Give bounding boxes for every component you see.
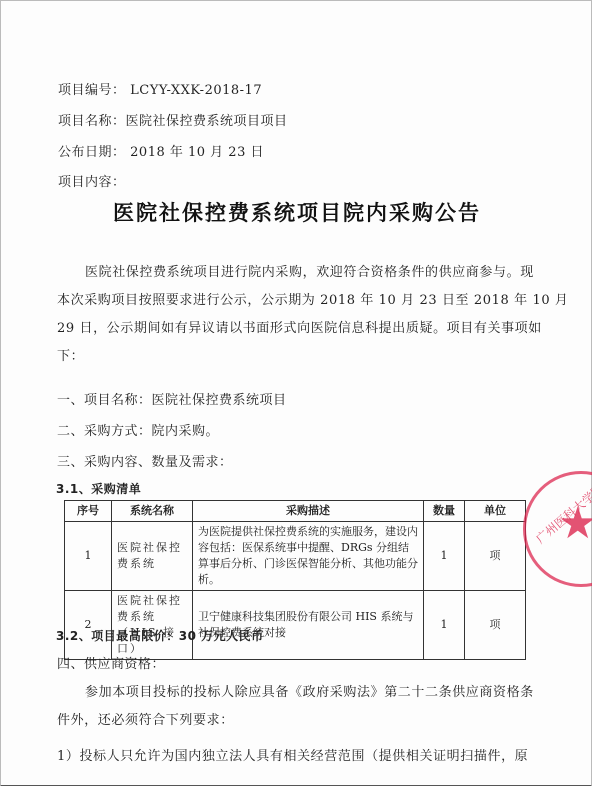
publish-date-value: 2018 年 10 月 23 日 (130, 145, 264, 160)
intro-line: 医院社保控费系统项目进行院内采购，欢迎符合资格条件的供应商参与。现 (57, 259, 582, 287)
qualification-line: 件外，还必须符合下列要求： (57, 707, 582, 735)
cell-name: 医院社保控费系统（HIS 接口） (112, 591, 193, 660)
project-number-label: 项目编号： (58, 83, 126, 98)
table-row: 2 医院社保控费系统（HIS 接口） 卫宁健康科技集团股份有限公司 HIS 系统… (65, 591, 526, 660)
section-3-1: 3.1、采购清单 (56, 480, 141, 497)
intro-paragraph: 医院社保控费系统项目进行院内采购，欢迎符合资格条件的供应商参与。现 本次采购项目… (57, 259, 582, 371)
publish-date-label: 公布日期： (58, 145, 126, 160)
cell-desc: 卫宁健康科技集团股份有限公司 HIS 系统与社保控费系统对接 (193, 591, 424, 660)
header-qty: 数量 (424, 501, 465, 522)
project-name-label: 项目名称： (58, 114, 126, 129)
project-name-value: 医院社保控费系统项目项目 (126, 114, 288, 129)
project-number-value: LCYY-XXK-2018-17 (130, 83, 262, 98)
official-seal: ★ 广州医科大学附属 (523, 471, 592, 587)
intro-line: 本次采购项目按照要求进行公示，公示期为 2018 年 10 月 23 日至 20… (57, 287, 582, 315)
cell-unit: 项 (465, 522, 526, 591)
project-name: 项目名称：医院社保控费系统项目项目 (58, 110, 288, 129)
cell-unit: 项 (465, 591, 526, 660)
header-name: 系统名称 (112, 501, 193, 522)
header-desc: 采购描述 (193, 501, 424, 522)
cell-qty: 1 (424, 591, 465, 660)
table-header-row: 序号 系统名称 采购描述 数量 单位 (65, 501, 526, 522)
section-3-2: 3.2、项目最高限价：30 万元人民币 (56, 627, 264, 644)
intro-line: 下： (57, 343, 582, 371)
project-number: 项目编号： LCYY-XXK-2018-17 (58, 79, 262, 98)
cell-name: 医院社保控费系统 (112, 522, 193, 591)
section-2: 二、采购方式：院内采购。 (57, 420, 219, 439)
publish-date: 公布日期： 2018 年 10 月 23 日 (58, 141, 264, 160)
qualification-line: 参加本项目投标的投标人除应具备《政府采购法》第二十二条供应商资格条 (57, 679, 582, 707)
table-row: 1 医院社保控费系统 为医院提供社保控费系统的实施服务，建设内容包括：医保系统事… (65, 522, 526, 591)
cell-no: 2 (65, 591, 112, 660)
section-4: 四、供应商资格： (57, 653, 165, 672)
cell-desc: 为医院提供社保控费系统的实施服务，建设内容包括：医保系统事中提醒、DRGs 分组… (193, 522, 424, 591)
document-title: 医院社保控费系统项目院内采购公告 (1, 197, 592, 227)
section-3: 三、采购内容、数量及需求： (57, 451, 233, 470)
cell-qty: 1 (424, 522, 465, 591)
qualification-paragraph: 参加本项目投标的投标人除应具备《政府采购法》第二十二条供应商资格条 件外，还必须… (57, 679, 582, 771)
document-page: 项目编号： LCYY-XXK-2018-17 项目名称：医院社保控费系统项目项目… (0, 0, 592, 786)
section-1: 一、项目名称：医院社保控费系统项目 (57, 389, 287, 408)
cell-no: 1 (65, 522, 112, 591)
project-content-label: 项目内容： (58, 171, 126, 190)
intro-line: 29 日，公示期间如有异议请以书面形式向医院信息科提出质疑。项目有关事项如 (57, 315, 582, 343)
requirement-1: 1）投标人只允许为国内独立法人具有相关经营范围（提供相关证明扫描件，原 (57, 743, 582, 771)
header-no: 序号 (65, 501, 112, 522)
header-unit: 单位 (465, 501, 526, 522)
